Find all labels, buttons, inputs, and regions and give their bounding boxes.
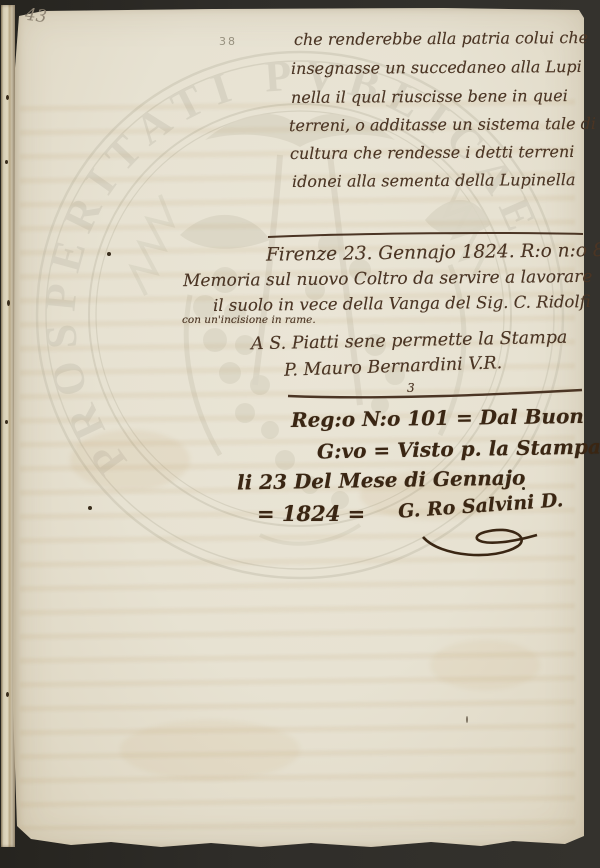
manuscript-line: insegnasse un succedaneo alla Lupi bbox=[291, 57, 582, 78]
manuscript-line: terreni, o additasse un sistema tale di bbox=[289, 114, 596, 135]
photographed-manuscript-page: PROSPERITATI PVBLICAE bbox=[0, 0, 600, 868]
registry-line1: Reg:o N:o 101 = Dal Buon bbox=[291, 404, 584, 432]
manuscript-line: nella il qual riuscisse bene in quei bbox=[291, 86, 568, 107]
registry-year: = 1824 = bbox=[257, 501, 365, 526]
leaf-number-stamp: 38 bbox=[219, 35, 237, 48]
manuscript-line: cultura che rendesse i detti terreni bbox=[290, 142, 575, 163]
engraving-note: con un'incisione in rame. bbox=[182, 314, 316, 326]
manuscript-line: che renderebbe alla patria colui che bbox=[294, 28, 588, 49]
manuscript-line: idonei alla sementa della Lupinella bbox=[292, 170, 576, 191]
registry-line3: li 23 Del Mese di Gennajo bbox=[237, 465, 526, 494]
small-mark: 3 bbox=[407, 381, 415, 395]
registry-line2: G:vo = Visto p. la Stampa bbox=[317, 435, 600, 464]
folio-number-pencil: 43 bbox=[24, 5, 48, 27]
binding-gutter bbox=[1, 5, 15, 847]
memoria-title-line2: il suolo in vece della Vanga del Sig. C.… bbox=[213, 292, 591, 315]
